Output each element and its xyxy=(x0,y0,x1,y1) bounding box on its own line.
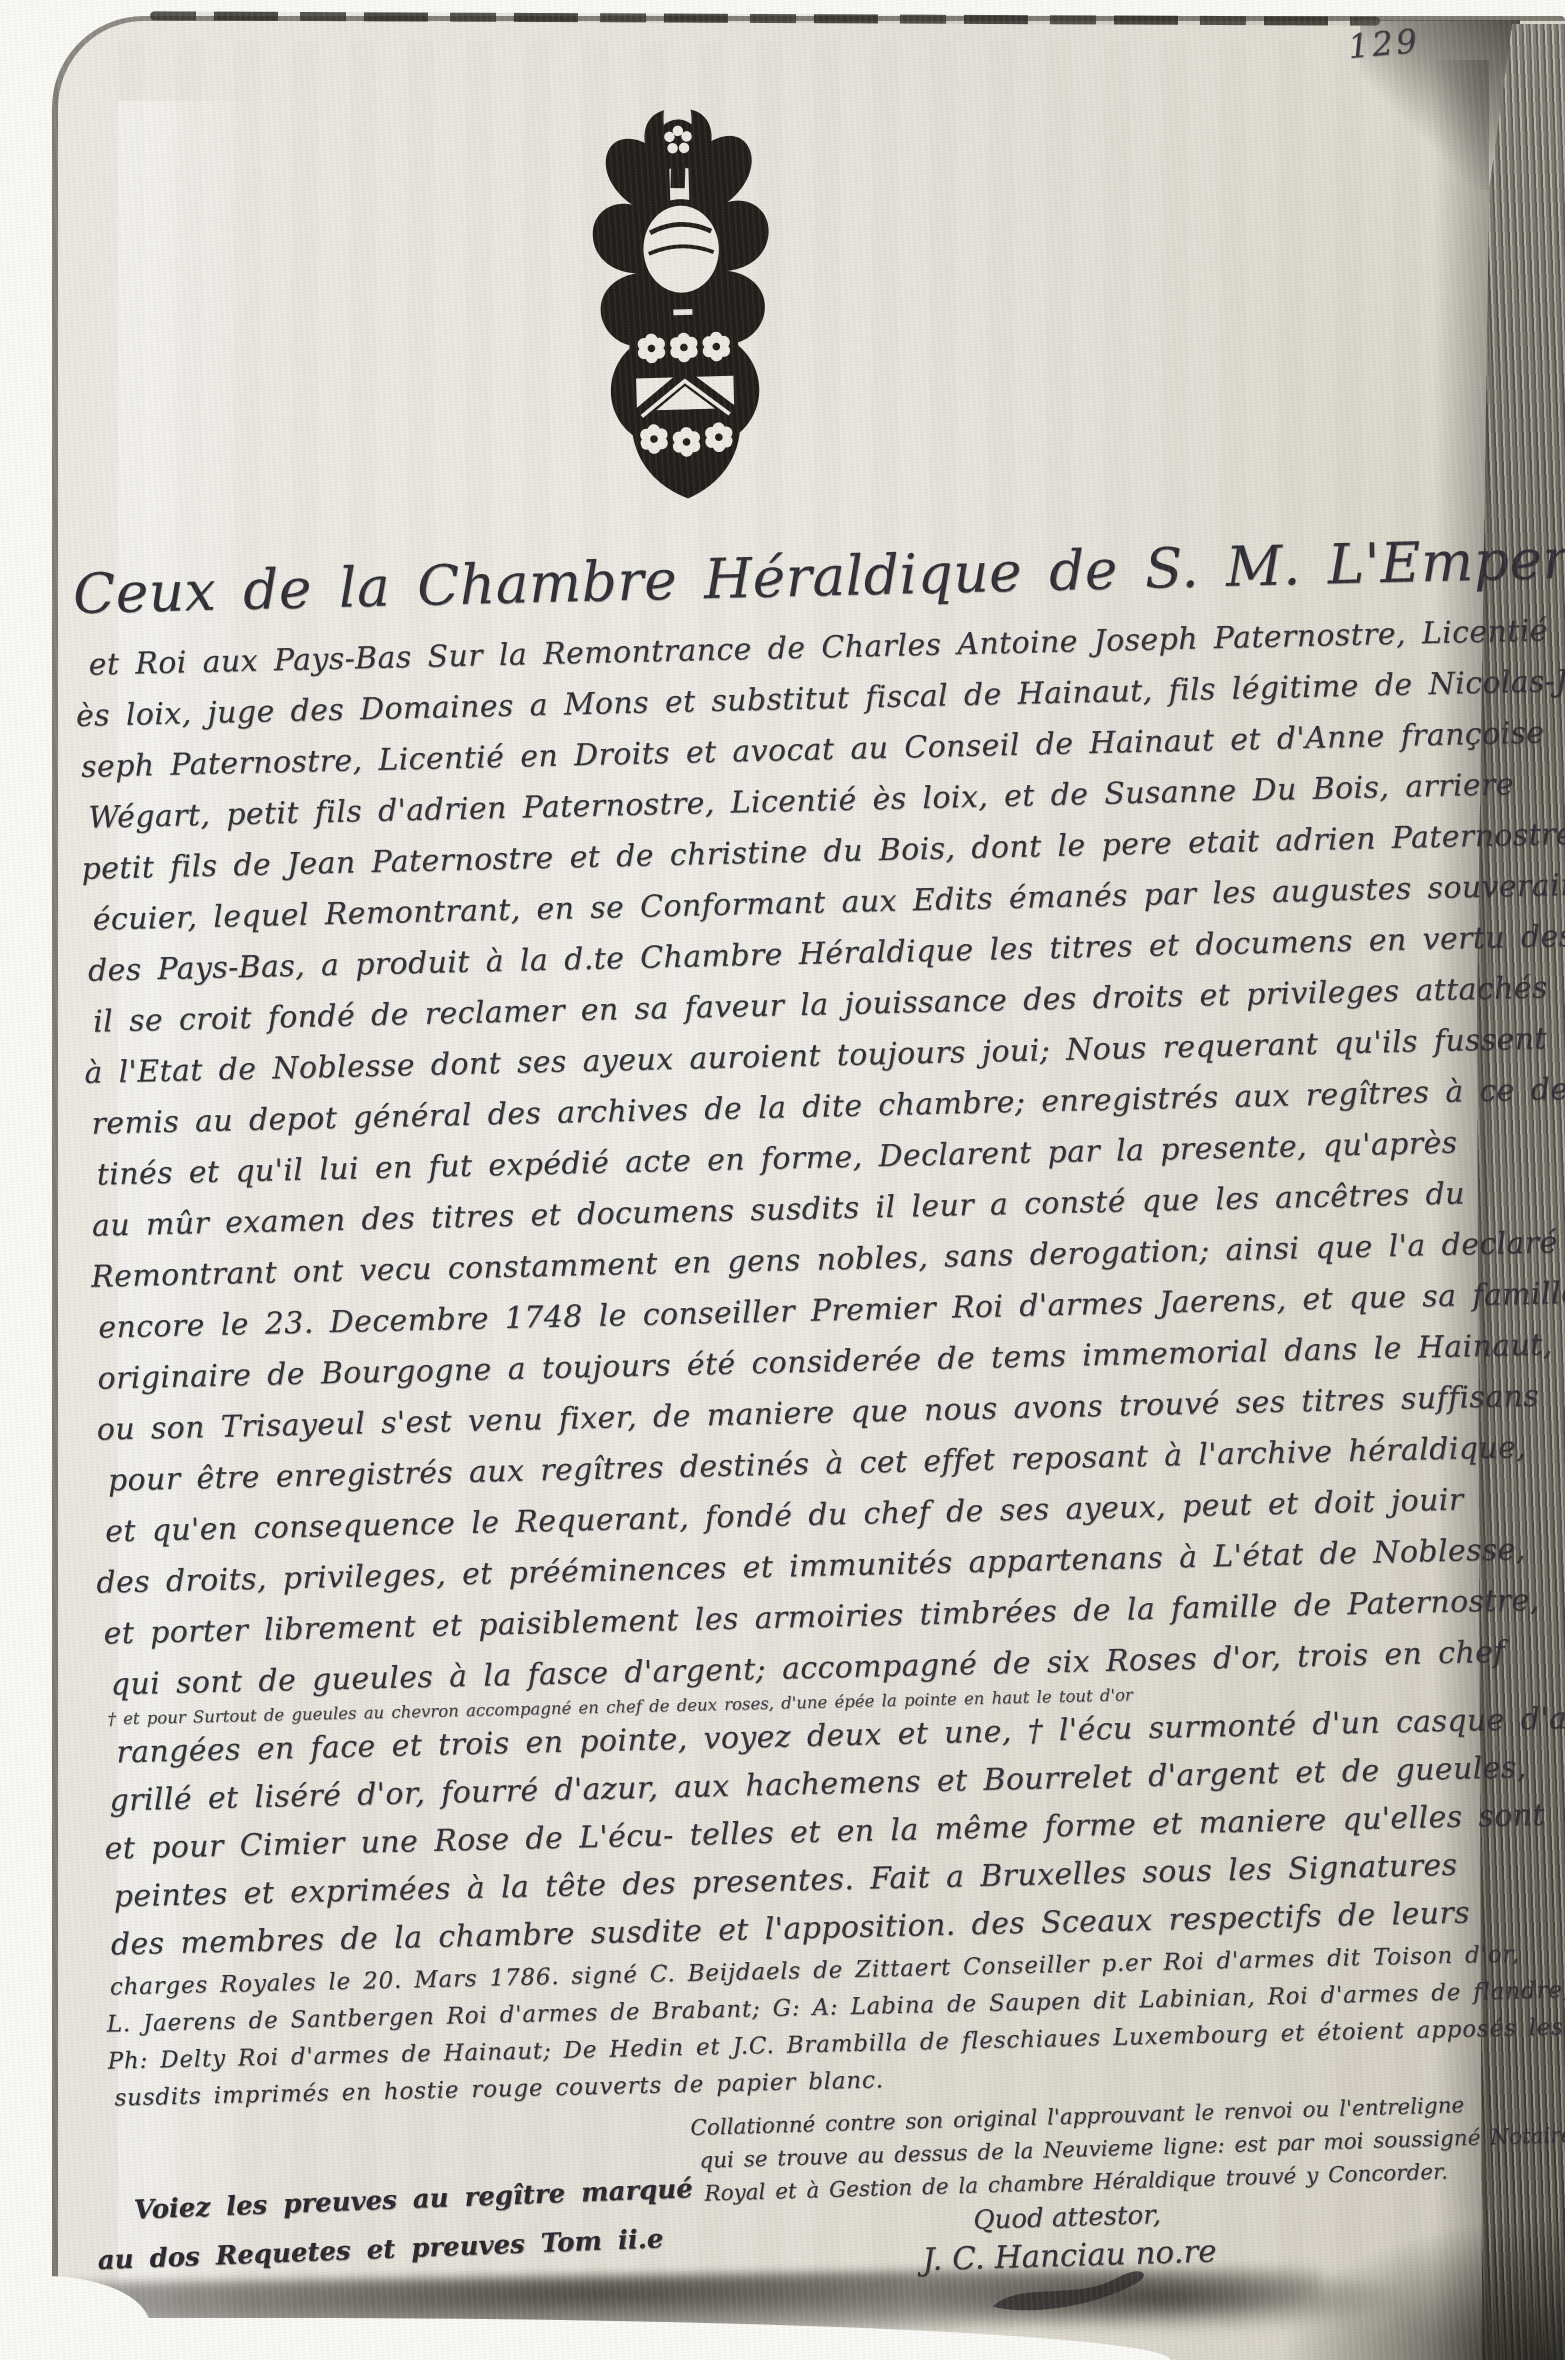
paternostre-coat-of-arms-icon xyxy=(532,102,834,530)
scanned-book-page: 129 xyxy=(0,0,1565,2360)
manuscript-text: Ceux de la Chambre Héraldique de S. M. L… xyxy=(72,515,1507,2118)
bottom-right-corner-shadow xyxy=(1285,2220,1565,2360)
coat-of-arms xyxy=(532,102,834,530)
page-number: 129 xyxy=(1346,21,1421,66)
